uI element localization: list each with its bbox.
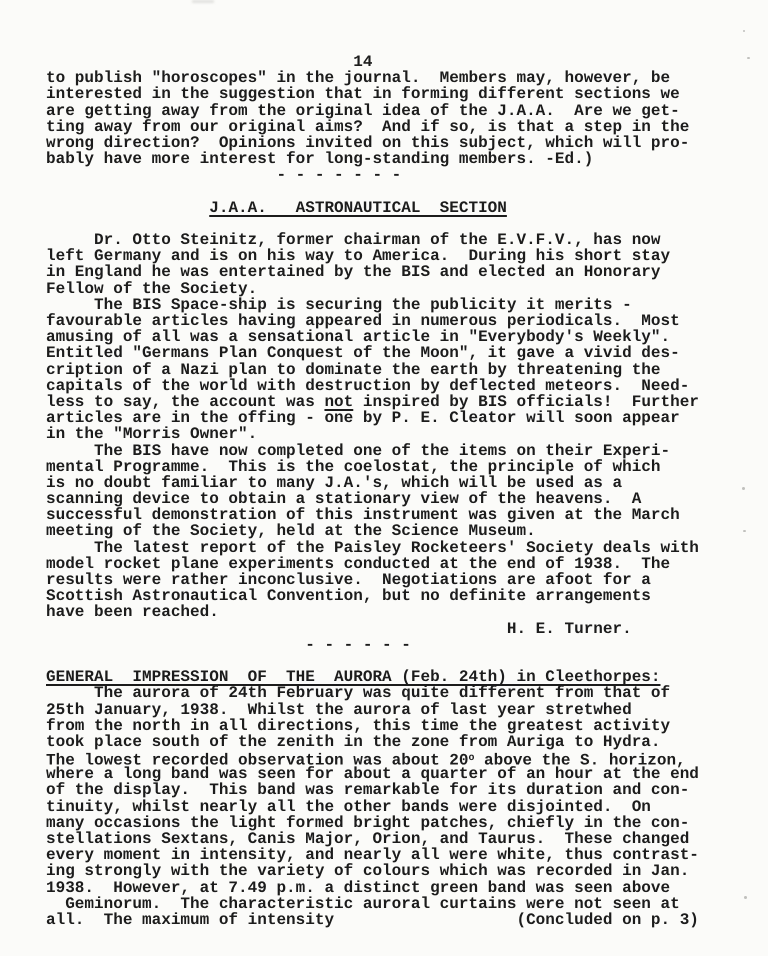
text-segment: all. The maximum of intensity (Concluded… [46, 911, 699, 929]
text-line: left Germany and is on his way to Americ… [46, 248, 699, 264]
text-line [46, 184, 699, 200]
section-separator: - - - - - - - [46, 167, 699, 183]
section-heading-jaa: J.A.A. ASTRONAUTICAL SECTION [46, 200, 699, 216]
section-heading-aurora: GENERAL IMPRESSION OF THE AURORA (Feb. 2… [46, 669, 699, 685]
text-line: 25th January, 1938. Whilst the aurora of… [46, 702, 699, 718]
text-segment: took place south of the zenith in the zo… [46, 733, 661, 751]
text-segment: - - - - - - - [46, 166, 401, 184]
text-line: bably have more interest for long-standi… [46, 151, 699, 167]
text-line: model rocket plane experiments conducted… [46, 556, 699, 572]
text-line: The BIS have now completed one of the it… [46, 443, 699, 459]
scan-smudge [192, 0, 214, 3]
text-line: capitals of the world with destruction b… [46, 378, 699, 394]
text-line: favourable articles having appeared in n… [46, 313, 699, 329]
text-line: Geminorum. The characteristic auroral cu… [46, 896, 699, 912]
text-line: Scottish Astronautical Convention, but n… [46, 588, 699, 604]
text-segment [46, 199, 209, 217]
text-line: all. The maximum of intensity (Concluded… [46, 912, 699, 928]
text-line: where a long band was seen for about a q… [46, 766, 699, 782]
text-line: in the "Morris Owner". [46, 426, 699, 442]
text-line: ing strongly with the variety of colours… [46, 863, 699, 879]
text-line: have been reached. [46, 604, 699, 620]
underlined-text: J.A.A. ASTRONAUTICAL SECTION [209, 199, 507, 217]
scan-speck [747, 57, 750, 59]
text-line: cription of a Nazi plan to dominate the … [46, 362, 699, 378]
text-line: The latest report of the Paisley Rockete… [46, 540, 699, 556]
text-line: 1938. However, at 7.49 p.m. a distinct g… [46, 880, 699, 896]
text-line: to publish "horoscopes" in the journal. … [46, 70, 699, 86]
text-line: took place south of the zenith in the zo… [46, 734, 699, 750]
text-line: scanning device to obtain a stationary v… [46, 491, 699, 507]
text-line: The lowest recorded observation was abou… [46, 750, 699, 766]
text-line: are getting away from the original idea … [46, 103, 699, 119]
scan-speck [742, 487, 745, 490]
text-line: successful demonstration of this instrum… [46, 507, 699, 523]
text-line: mental Programme. This is the coelostat,… [46, 459, 699, 475]
scanned-document-page: 14to publish "horoscopes" in the journal… [0, 0, 768, 956]
text-line: amusing of all was a sensational article… [46, 329, 699, 345]
text-line: results were rather inconclusive. Negoti… [46, 572, 699, 588]
text-line: many occasions the light formed bright p… [46, 815, 699, 831]
text-line: ting away from our original aims? And if… [46, 119, 699, 135]
text-line: of the display. This band was remarkable… [46, 782, 699, 798]
text-line: meeting of the Society, held at the Scie… [46, 523, 699, 539]
typewritten-text-block: 14to publish "horoscopes" in the journal… [46, 54, 699, 928]
text-line [46, 653, 699, 669]
text-line: interested in the suggestion that in for… [46, 86, 699, 102]
scan-speck [743, 530, 746, 532]
page-number: 14 [46, 54, 699, 70]
text-line: every moment in intensity, and nearly al… [46, 847, 699, 863]
text-line: articles are in the offing - one by P. E… [46, 410, 699, 426]
text-line: The aurora of 24th February was quite di… [46, 685, 699, 701]
scan-speck [744, 896, 747, 899]
text-line: wrong direction? Opinions invited on thi… [46, 135, 699, 151]
text-line: tinuity, whilst nearly all the other ban… [46, 799, 699, 815]
text-line: in England he was entertained by the BIS… [46, 264, 699, 280]
text-line: The BIS Space-ship is securing the publi… [46, 297, 699, 313]
text-line: is no doubt familiar to many J.A.'s, whi… [46, 475, 699, 491]
text-line: Dr. Otto Steinitz, former chairman of th… [46, 232, 699, 248]
text-line: Fellow of the Society. [46, 281, 699, 297]
scan-speck [743, 30, 745, 32]
text-line: Entitled "Germans Plan Conquest of the M… [46, 345, 699, 361]
section-separator: - - - - - - [46, 637, 699, 653]
text-line: stellations Sextans, Canis Major, Orion,… [46, 831, 699, 847]
text-line: less to say, the account was not inspire… [46, 394, 699, 410]
text-line: from the north in all directions, this t… [46, 718, 699, 734]
signature: H. E. Turner. [46, 621, 699, 637]
text-segment: - - - - - - [46, 636, 411, 654]
text-line [46, 216, 699, 232]
